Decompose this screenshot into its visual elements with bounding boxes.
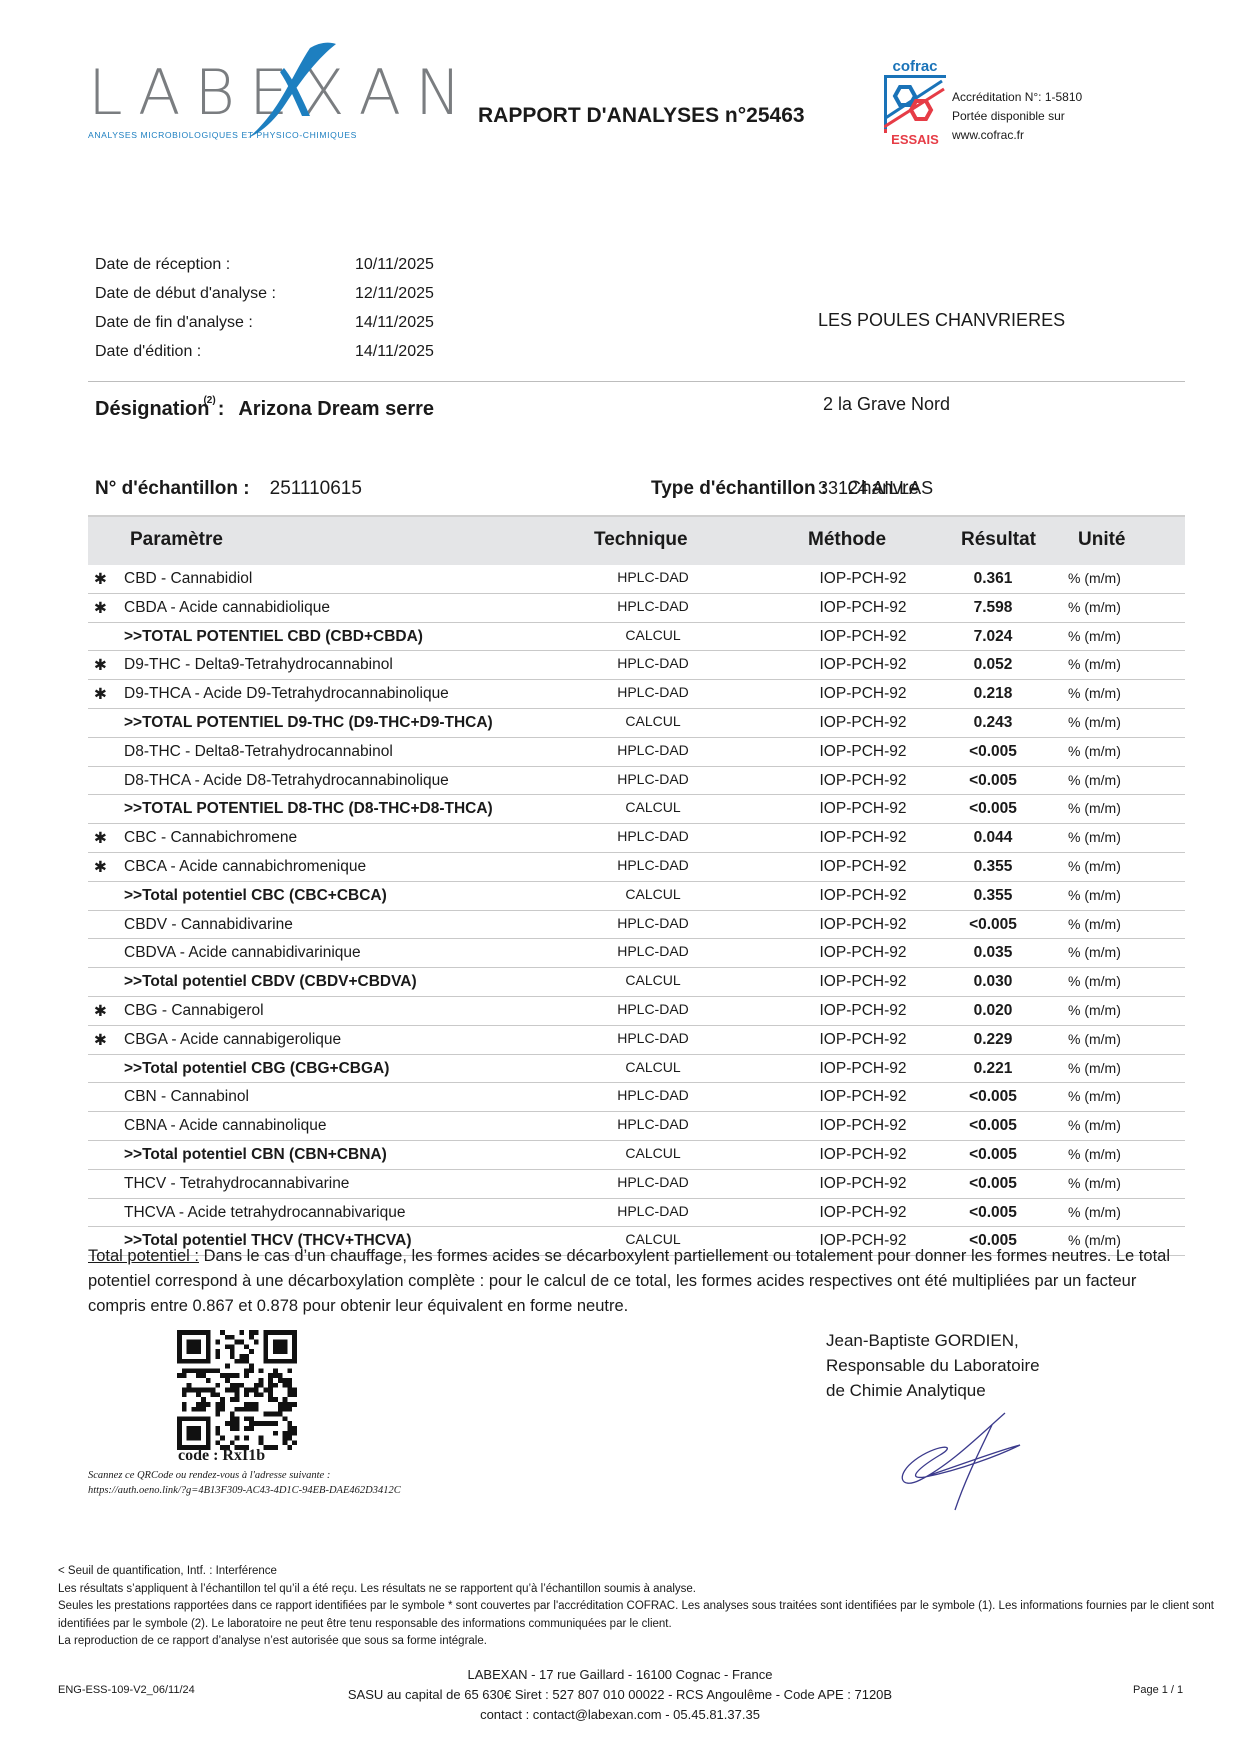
accreditation-scope: Portée disponible sur [952,107,1082,126]
page-number: Page 1 / 1 [1133,1684,1183,1696]
cell-unit: % (m/m) [1068,628,1121,644]
table-row: THCVA - Acide tetrahydrocannabivariqueHP… [88,1199,1185,1228]
cell-parameter: >>Total potentiel CBDV (CBDV+CBDVA) [124,973,417,991]
table-row: D8-THC - Delta8-TetrahydrocannabinolHPLC… [88,738,1185,767]
table-row: >>TOTAL POTENTIEL CBD (CBD+CBDA)CALCULIO… [88,623,1185,652]
accreditation-star-icon: ✱ [94,1002,107,1021]
document-reference: ENG-ESS-109-V2_06/11/24 [58,1684,195,1696]
cell-result: 0.052 [938,656,1048,674]
accreditation-star-icon: ✱ [94,570,107,589]
table-row: >>Total potentiel CBDV (CBDV+CBDVA)CALCU… [88,968,1185,997]
cell-method: IOP-PCH-92 [788,1031,938,1049]
qr-code-label: code : RxI1b [178,1447,265,1465]
header-parameter: Paramètre [130,529,223,551]
qr-instruction-text: Scannez ce QRCode ou rendez-vous à l'adr… [88,1468,401,1483]
header-method: Méthode [808,529,886,551]
disclaimer-line: La reproduction de ce rapport d’analyse … [58,1633,1238,1651]
logo-tagline: ANALYSES MICROBIOLOGIQUES ET PHYSICO-CHI… [88,130,357,140]
cell-parameter: >>Total potentiel CBC (CBC+CBCA) [124,887,387,905]
client-name: LES POULES CHANVRIERES [818,306,1065,334]
qr-code-icon[interactable] [177,1330,297,1450]
cell-method: IOP-PCH-92 [788,599,938,617]
sample-type-value: Chanvre [847,478,919,499]
cell-technique: CALCUL [578,1145,728,1161]
accreditation-star-icon: ✱ [94,829,107,848]
sample-type-label: Type d'échantillon : [651,478,827,499]
total-potentiel-note: Total potentiel : Dans le cas d’un chauf… [88,1244,1188,1319]
table-row: ✱CBDA - Acide cannabidioliqueHPLC-DADIOP… [88,594,1185,623]
cell-result: 0.361 [938,570,1048,588]
cell-technique: HPLC-DAD [578,1116,728,1132]
table-row: D8-THCA - Acide D8-Tetrahydrocannabinoli… [88,767,1185,796]
date-value: 10/11/2025 [355,256,434,274]
accreditation-star-icon: ✱ [94,599,107,618]
cell-parameter: CBG - Cannabigerol [124,1002,264,1020]
table-row: CBNA - Acide cannabinoliqueHPLC-DADIOP-P… [88,1112,1185,1141]
cell-unit: % (m/m) [1068,829,1121,845]
footer-legal: SASU au capital de 65 630€ Siret : 527 8… [250,1685,990,1705]
footer-address: LABEXAN - 17 rue Gaillard - 16100 Cognac… [250,1665,990,1685]
cell-result: <0.005 [938,800,1048,818]
cell-technique: HPLC-DAD [578,1030,728,1046]
signature-icon [880,1405,1030,1515]
header-result: Résultat [961,529,1036,551]
cell-parameter: D8-THCA - Acide D8-Tetrahydrocannabinoli… [124,772,449,790]
cell-result: <0.005 [938,1146,1048,1164]
table-row: ✱CBG - CannabigerolHPLC-DADIOP-PCH-920.0… [88,997,1185,1026]
cell-method: IOP-PCH-92 [788,1204,938,1222]
cell-method: IOP-PCH-92 [788,858,938,876]
cell-parameter: CBDA - Acide cannabidiolique [124,599,330,617]
cell-technique: HPLC-DAD [578,857,728,873]
cell-technique: HPLC-DAD [578,655,728,671]
qr-url[interactable]: https://auth.oeno.link/?g=4B13F309-AC43-… [88,1483,401,1498]
cell-parameter: D9-THCA - Acide D9-Tetrahydrocannabinoli… [124,685,449,703]
note-label: Total potentiel : [88,1247,199,1265]
qr-instructions: Scannez ce QRCode ou rendez-vous à l'adr… [88,1468,401,1498]
date-value: 12/11/2025 [355,285,434,303]
table-row: CBN - CannabinolHPLC-DADIOP-PCH-92<0.005… [88,1083,1185,1112]
date-label: Date d'édition : [95,343,201,361]
cell-parameter: D8-THC - Delta8-Tetrahydrocannabinol [124,743,393,761]
header-technique: Technique [594,529,688,551]
table-row: >>TOTAL POTENTIEL D8-THC (D8-THC+D8-THCA… [88,795,1185,824]
signer-role: Responsable du Laboratoire [826,1353,1040,1378]
cell-parameter: CBNA - Acide cannabinolique [124,1117,327,1135]
table-row: >>Total potentiel CBC (CBC+CBCA)CALCULIO… [88,882,1185,911]
cell-unit: % (m/m) [1068,1146,1121,1162]
cell-unit: % (m/m) [1068,1117,1121,1133]
disclaimer: < Seuil de quantification, Intf. : Inter… [58,1563,1238,1651]
cell-result: <0.005 [938,1088,1048,1106]
cell-technique: CALCUL [578,627,728,643]
cell-method: IOP-PCH-92 [788,656,938,674]
cell-result: 0.020 [938,1002,1048,1020]
cell-technique: HPLC-DAD [578,598,728,614]
table-row: ✱CBC - CannabichromeneHPLC-DADIOP-PCH-92… [88,824,1185,853]
cell-method: IOP-PCH-92 [788,829,938,847]
cell-result: 7.024 [938,628,1048,646]
cell-parameter: CBD - Cannabidiol [124,570,252,588]
cell-unit: % (m/m) [1068,1204,1121,1220]
results-table: Paramètre Technique Méthode Résultat Uni… [88,515,1185,1256]
cell-method: IOP-PCH-92 [788,1117,938,1135]
table-row: >>Total potentiel CBN (CBN+CBNA)CALCULIO… [88,1141,1185,1170]
accreditation-number: Accréditation N°: 1-5810 [952,88,1082,107]
cell-unit: % (m/m) [1068,656,1121,672]
cell-method: IOP-PCH-92 [788,1175,938,1193]
cell-parameter: >>TOTAL POTENTIEL CBD (CBD+CBDA) [124,628,423,646]
cell-technique: HPLC-DAD [578,943,728,959]
cell-method: IOP-PCH-92 [788,628,938,646]
cell-unit: % (m/m) [1068,570,1121,586]
accreditation-star-icon: ✱ [94,656,107,675]
cell-technique: CALCUL [578,886,728,902]
cell-technique: HPLC-DAD [578,1087,728,1103]
cell-parameter: CBN - Cannabinol [124,1088,249,1106]
signer-name: Jean-Baptiste GORDIEN, [826,1328,1040,1353]
cell-unit: % (m/m) [1068,887,1121,903]
cell-parameter: >>Total potentiel CBG (CBG+CBGA) [124,1060,389,1078]
cell-parameter: CBGA - Acide cannabigerolique [124,1031,341,1049]
cell-parameter: CBCA - Acide cannabichromenique [124,858,366,876]
cell-result: 0.243 [938,714,1048,732]
cell-technique: CALCUL [578,799,728,815]
disclaimer-line: < Seuil de quantification, Intf. : Inter… [58,1563,1238,1581]
cell-method: IOP-PCH-92 [788,570,938,588]
cell-method: IOP-PCH-92 [788,1060,938,1078]
disclaimer-line: Seules les prestations rapportées dans c… [58,1598,1238,1633]
cell-method: IOP-PCH-92 [788,1088,938,1106]
report-title: RAPPORT D'ANALYSES n°25463 [478,104,805,128]
client-street: 2 la Grave Nord [818,390,1065,418]
table-row: THCV - TetrahydrocannabivarineHPLC-DADIO… [88,1170,1185,1199]
cell-method: IOP-PCH-92 [788,973,938,991]
cell-method: IOP-PCH-92 [788,1146,938,1164]
cell-method: IOP-PCH-92 [788,887,938,905]
sample-number: N° d'échantillon :251110615 [95,478,362,500]
cell-technique: HPLC-DAD [578,771,728,787]
footer-contact[interactable]: contact : contact@labexan.com - 05.45.81… [250,1705,990,1725]
accreditation-url[interactable]: www.cofrac.fr [952,126,1082,145]
cell-result: 0.030 [938,973,1048,991]
cell-method: IOP-PCH-92 [788,944,938,962]
designation-value: Arizona Dream serre [238,398,434,420]
cell-unit: % (m/m) [1068,858,1121,874]
sample-number-label: N° d'échantillon : [95,478,250,499]
cell-unit: % (m/m) [1068,1060,1121,1076]
header-unit: Unité [1078,529,1126,551]
accreditation-star-icon: ✱ [94,685,107,704]
designation-colon: : [218,398,225,420]
cell-technique: HPLC-DAD [578,915,728,931]
cell-result: 0.044 [938,829,1048,847]
disclaimer-line: Les résultats s’appliquent à l’échantill… [58,1581,1238,1599]
date-label: Date de fin d'analyse : [95,314,253,332]
cell-unit: % (m/m) [1068,1002,1121,1018]
cell-method: IOP-PCH-92 [788,800,938,818]
cell-parameter: D9-THC - Delta9-Tetrahydrocannabinol [124,656,393,674]
cell-technique: HPLC-DAD [578,569,728,585]
cell-unit: % (m/m) [1068,599,1121,615]
cell-result: 0.355 [938,887,1048,905]
cell-method: IOP-PCH-92 [788,743,938,761]
client-info-marker: (2) [203,395,215,406]
cell-result: <0.005 [938,743,1048,761]
designation: Désignation(2):Arizona Dream serre [95,398,434,421]
cell-parameter: >>TOTAL POTENTIEL D8-THC (D8-THC+D8-THCA… [124,800,493,818]
accreditation-star-icon: ✱ [94,858,107,877]
accreditation-star-icon: ✱ [94,1031,107,1050]
footer-company-info: LABEXAN - 17 rue Gaillard - 16100 Cognac… [250,1665,990,1725]
cell-technique: HPLC-DAD [578,1174,728,1190]
cell-unit: % (m/m) [1068,743,1121,759]
signer-department: de Chimie Analytique [826,1378,1040,1403]
table-row: >>Total potentiel CBG (CBG+CBGA)CALCULIO… [88,1055,1185,1084]
cell-technique: CALCUL [578,1059,728,1075]
table-row: ✱D9-THC - Delta9-TetrahydrocannabinolHPL… [88,651,1185,680]
cell-unit: % (m/m) [1068,800,1121,816]
cell-unit: % (m/m) [1068,1175,1121,1191]
sample-type: Type d'échantillon :Chanvre [651,478,919,500]
cell-technique: HPLC-DAD [578,684,728,700]
cell-technique: CALCUL [578,972,728,988]
table-row: CBDV - CannabidivarineHPLC-DADIOP-PCH-92… [88,911,1185,940]
cell-technique: HPLC-DAD [578,1203,728,1219]
designation-label: Désignation [95,398,209,420]
cell-technique: HPLC-DAD [578,828,728,844]
labexan-logo: LABEXAN ANALYSES MICROBIOLOGIQUES ET PHY… [88,38,408,148]
date-label: Date de début d'analyse : [95,285,276,303]
date-value: 14/11/2025 [355,314,434,332]
cell-unit: % (m/m) [1068,714,1121,730]
cell-result: <0.005 [938,1204,1048,1222]
cell-unit: % (m/m) [1068,772,1121,788]
cell-result: <0.005 [938,772,1048,790]
cell-unit: % (m/m) [1068,973,1121,989]
signer-block: Jean-Baptiste GORDIEN, Responsable du La… [826,1328,1040,1403]
cell-method: IOP-PCH-92 [788,1002,938,1020]
note-text: Dans le cas d’un chauffage, les formes a… [88,1247,1170,1315]
cell-result: <0.005 [938,916,1048,934]
table-body: ✱CBD - CannabidiolHPLC-DADIOP-PCH-920.36… [88,565,1185,1256]
cofrac-essais-logo-icon: cofrac ESSAIS [884,57,946,145]
cofrac-logo-bottom-text: ESSAIS [891,132,939,145]
cell-parameter: CBDV - Cannabidivarine [124,916,293,934]
cell-method: IOP-PCH-92 [788,916,938,934]
cell-result: <0.005 [938,1175,1048,1193]
cell-unit: % (m/m) [1068,1031,1121,1047]
cell-parameter: THCV - Tetrahydrocannabivarine [124,1175,349,1193]
cell-result: 0.355 [938,858,1048,876]
divider [88,381,1185,382]
cell-parameter: CBC - Cannabichromene [124,829,297,847]
table-header: Paramètre Technique Méthode Résultat Uni… [88,515,1185,565]
cell-result: 0.218 [938,685,1048,703]
table-row: ✱D9-THCA - Acide D9-Tetrahydrocannabinol… [88,680,1185,709]
cell-unit: % (m/m) [1068,685,1121,701]
table-row: ✱CBD - CannabidiolHPLC-DADIOP-PCH-920.36… [88,565,1185,594]
cell-result: 7.598 [938,599,1048,617]
cell-result: 0.221 [938,1060,1048,1078]
cell-result: 0.035 [938,944,1048,962]
cell-unit: % (m/m) [1068,916,1121,932]
cell-result: <0.005 [938,1117,1048,1135]
cell-parameter: CBDVA - Acide cannabidivarinique [124,944,361,962]
cell-unit: % (m/m) [1068,1088,1121,1104]
cell-method: IOP-PCH-92 [788,685,938,703]
cell-unit: % (m/m) [1068,944,1121,960]
cell-technique: CALCUL [578,713,728,729]
table-row: ✱CBCA - Acide cannabichromeniqueHPLC-DAD… [88,853,1185,882]
table-row: >>TOTAL POTENTIEL D9-THC (D9-THC+D9-THCA… [88,709,1185,738]
date-value: 14/11/2025 [355,343,434,361]
cell-parameter: >>TOTAL POTENTIEL D9-THC (D9-THC+D9-THCA… [124,714,493,732]
date-label: Date de réception : [95,256,230,274]
cofrac-logo-top-text: cofrac [892,58,937,75]
cell-method: IOP-PCH-92 [788,772,938,790]
cell-parameter: >>Total potentiel CBN (CBN+CBNA) [124,1146,387,1164]
cell-method: IOP-PCH-92 [788,714,938,732]
cell-technique: HPLC-DAD [578,742,728,758]
table-row: CBDVA - Acide cannabidivariniqueHPLC-DAD… [88,939,1185,968]
cell-parameter: THCVA - Acide tetrahydrocannabivarique [124,1204,405,1222]
cell-technique: HPLC-DAD [578,1001,728,1017]
table-row: ✱CBGA - Acide cannabigeroliqueHPLC-DADIO… [88,1026,1185,1055]
accreditation-block: Accréditation N°: 1-5810 Portée disponib… [952,88,1082,145]
cell-result: 0.229 [938,1031,1048,1049]
sample-number-value: 251110615 [270,478,362,499]
